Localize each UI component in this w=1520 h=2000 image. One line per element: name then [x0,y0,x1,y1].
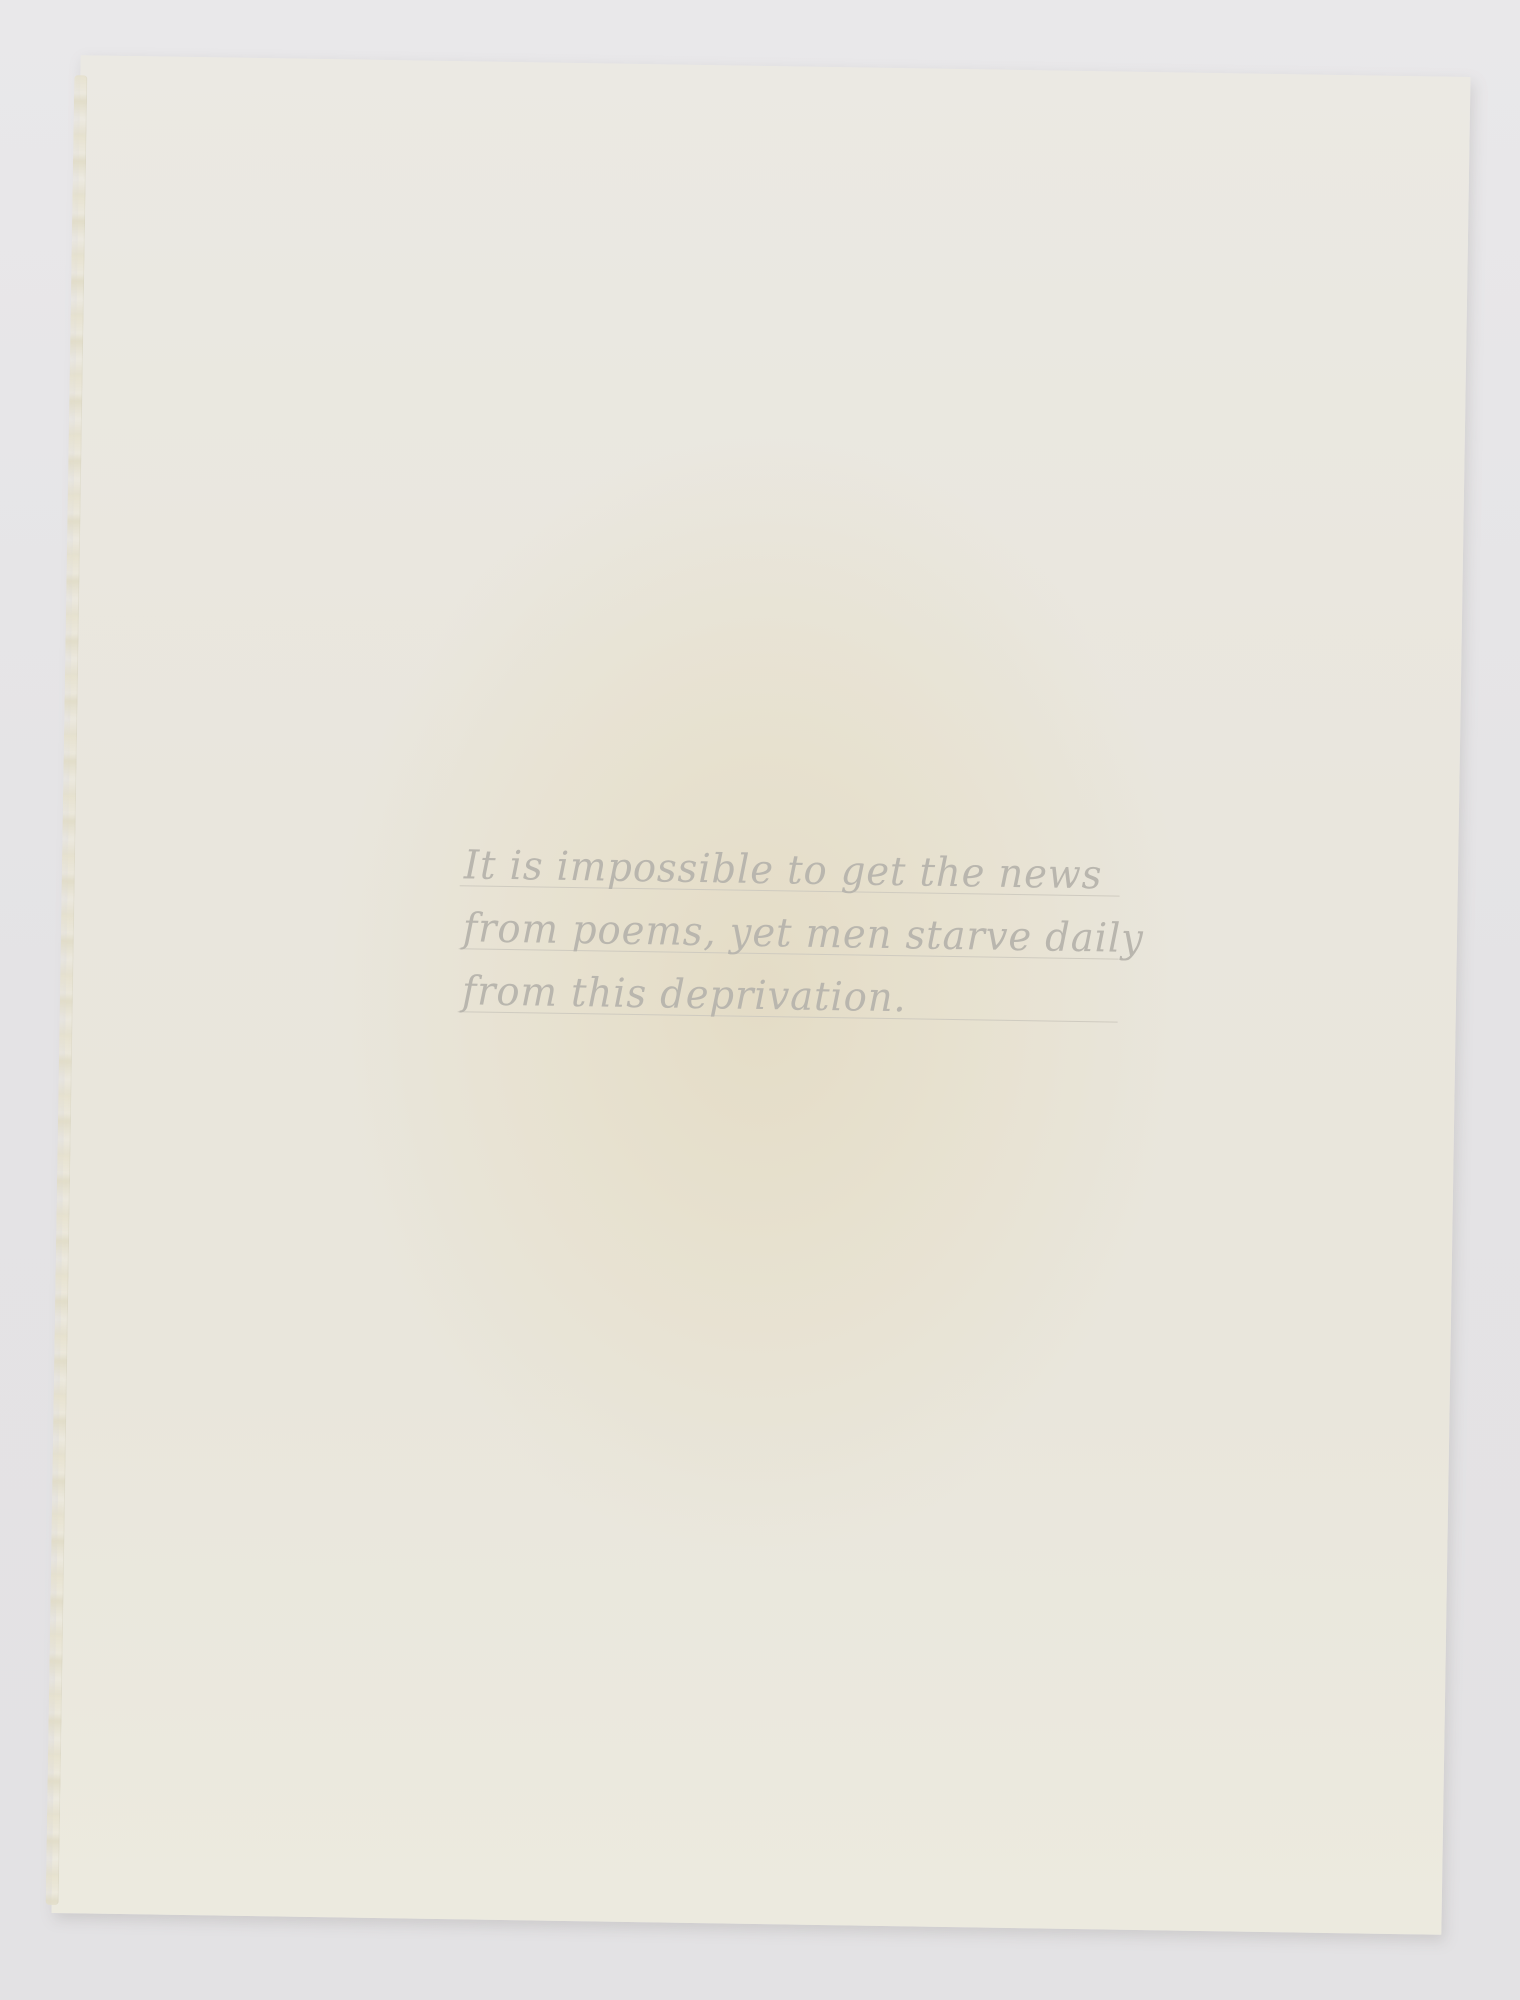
poem-line: from poems, yet men starve daily [459,894,1120,967]
poem-line-text: from this deprivation. [462,968,907,1021]
poem-line: from this deprivation. [458,957,1119,1030]
poem-line: It is impossible to get the news [460,831,1121,904]
poem-line-text: It is impossible to get the news [464,842,1103,898]
handwritten-poem: It is impossible to get the news from po… [458,831,1121,1030]
paper-sheet: It is impossible to get the news from po… [51,55,1470,1935]
poem-line-text: from poems, yet men starve daily [463,905,1145,962]
